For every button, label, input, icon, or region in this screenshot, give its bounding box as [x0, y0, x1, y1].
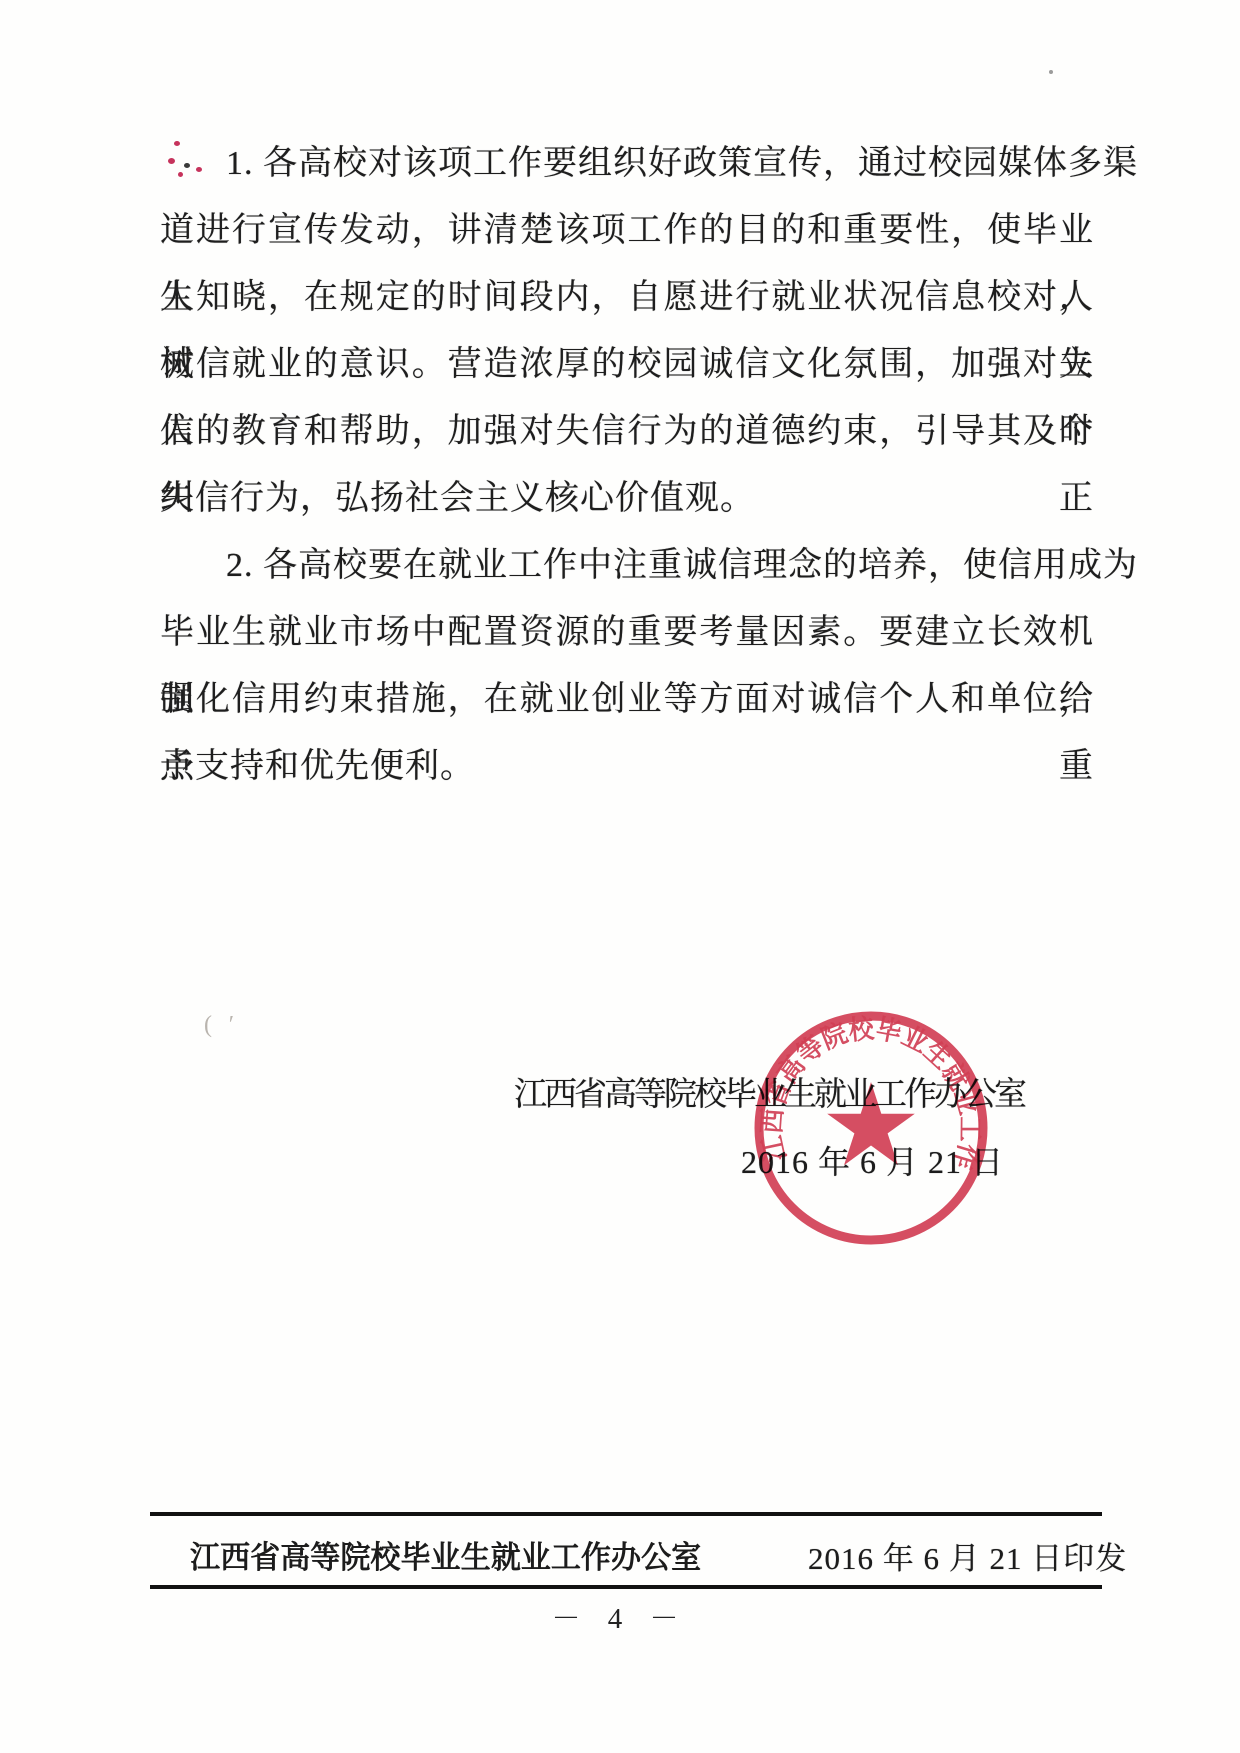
- footer-print-date: 2016 年 6 月 21 日印发: [808, 1533, 1127, 1578]
- paragraph-1-line-4: 诚信就业的意识。营造浓厚的校园诚信文化氛围，加强对失信个: [160, 331, 1094, 398]
- paragraph-1-line-3: 人知晓，在规定的时间段内，自愿进行就业状况信息校对，树立: [160, 264, 1094, 331]
- pen-mark: ( ′: [204, 1012, 240, 1039]
- footer-organization: 江西省高等院校毕业生就业工作办公室: [190, 1532, 701, 1577]
- paragraph-1-line-2: 道进行宣传发动，讲清楚该项工作的目的和重要性，使毕业生人: [160, 197, 1094, 264]
- footer-rule-bottom: [150, 1585, 1102, 1589]
- page-number: － 4 －: [0, 1596, 1240, 1637]
- document-body: 1. 各高校对该项工作要组织好政策宣传，通过校园媒体多渠 道进行宣传发动，讲清楚…: [160, 130, 1094, 800]
- footer-rule-top: [150, 1512, 1102, 1516]
- official-seal: 江西省高等院校毕业生就业工作办公室: [751, 1008, 991, 1248]
- document-page: ( ′ 1. 各高校对该项工作要组织好政策宣传，通过校园媒体多渠 道进行宣传发动…: [0, 0, 1240, 1753]
- paragraph-2-line-2: 毕业生就业市场中配置资源的重要考量因素。要建立长效机制，: [160, 599, 1094, 666]
- star-icon: [827, 1082, 915, 1165]
- paragraph-2-line-1: 2. 各高校要在就业工作中注重诚信理念的培养，使信用成为: [160, 532, 1094, 599]
- paragraph-1-line-1: 1. 各高校对该项工作要组织好政策宣传，通过校园媒体多渠: [160, 130, 1094, 197]
- scan-speck: [1049, 70, 1053, 74]
- paragraph-2-line-3: 强化信用约束措施，在就业创业等方面对诚信个人和单位给予重: [160, 666, 1094, 733]
- paragraph-1-line-5: 人的教育和帮助，加强对失信行为的道德约束，引导其及时纠正: [160, 398, 1094, 465]
